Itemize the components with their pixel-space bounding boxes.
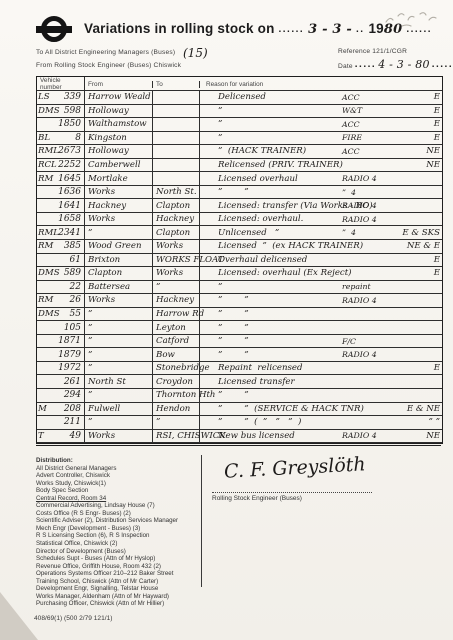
header-vehicle-number: Vehicle number [37,77,85,91]
district-code: E [398,268,442,278]
district-code: E [398,92,442,102]
reason-text: ” [200,133,342,143]
to-garage: Thornton Hth [153,389,200,402]
vehicle-number: 2252 [57,160,84,170]
reason-note: RADIO 4 [342,431,398,440]
to-garage [153,159,200,172]
table-body: LS 339 Harrow Weald Delicensed ACC E DMS… [37,91,442,443]
vehicle-number: 49 [57,431,84,441]
table-row: RCL 2252 Camberwell Relicensed (PRIV. TR… [37,159,442,173]
from-garage: ” [85,348,153,361]
table-row: 22 Battersea ” ” repaint [37,281,442,295]
addressee-line: To All District Engineering Managers (Bu… [36,49,175,56]
reference-number: Reference 121/1/CGR [338,48,407,55]
pencil-scribble [382,4,442,34]
from-garage: ” [85,362,153,375]
from-garage: Battersea [85,281,153,294]
reason-note: ACC [342,147,398,156]
reason-text: ” ” [200,350,342,360]
district-code: E [398,255,442,265]
table-row: DMS 598 Holloway ” W&T E [37,105,442,119]
reason-text: ” [200,119,342,129]
table-row: 105 ” Leyton ” ” [37,321,442,335]
reason-text: ” ” (SERVICE & HACK TNR) [200,404,342,414]
district-code: NE & E [398,241,442,251]
handwritten-date-value: 4 - 3 - 80 [378,58,429,71]
vehicle-class-prefix: RM [37,295,57,305]
reason-text: ” (HACK TRAINER) [200,146,342,156]
vehicle-class-prefix: BL [37,133,57,143]
from-garage: Works [85,294,153,307]
vehicle-class-prefix: DMS [37,309,57,319]
date-line: Date ..... 4 - 3 - 80 ..... [338,58,453,71]
from-garage: Works [85,213,153,226]
vehicle-class-prefix: LS [37,92,57,102]
to-garage [153,172,200,185]
from-garage: Mortlake [85,172,153,185]
from-garage: Kingston [85,132,153,145]
table-bottom-double-rule [36,445,441,446]
form-print-code: 408/69(1) (500 2/79 121/1) [34,615,112,622]
table-row: RML 2673 Holloway ” (HACK TRAINER) ACC N… [37,145,442,159]
table-row: 1658 Works Hackney Licensed: overhaul. R… [37,213,442,227]
table-row: 261 North St Croydon Licensed transfer [37,375,442,389]
to-garage [153,132,200,145]
date-dotted-leader: ..... [432,59,453,70]
reason-note: RADIO 4 [342,174,398,183]
to-garage [153,91,200,104]
reason-text: Overhaul delicensed [200,255,342,265]
reason-text: ” ” [200,309,342,319]
distribution-item: Commercial Advertising, Lindsay House (7… [36,502,196,510]
vehicle-class-prefix: M [37,404,57,414]
scanned-form-page: Variations in rolling stock on ...... 3 … [0,0,453,640]
district-code: E [398,363,442,373]
vehicle-number: 1879 [57,350,84,360]
variations-table: Vehicle number From To Reason for variat… [36,76,443,444]
signature-dotted-line [212,492,372,493]
reason-text: Licensed: transfer (Via Works - BO) [200,201,342,211]
distribution-item: Costs Office (R S Engr- Buses) (2) [36,510,196,518]
to-garage: North St. [153,186,200,199]
table-header-row: Vehicle number From To Reason for variat… [37,77,442,91]
to-garage: Clapton [153,199,200,212]
vehicle-class-prefix: DMS [37,106,57,116]
footer-divider-line [201,455,202,587]
to-garage: Harrow Rd [153,308,200,321]
distribution-item: Development Engr, Signalling, Telstar Ho… [36,585,196,593]
vehicle-number: 589 [57,268,84,278]
vehicle-number: 1636 [57,187,84,197]
table-row: 1636 Works North St. ” ” ” 4 [37,186,442,200]
to-garage [153,105,200,118]
reason-text: Licensed overhaul [200,174,342,184]
reason-text: ” ” [200,390,342,400]
vehicle-class-prefix: RCL [37,160,57,170]
distribution-item: Schedules Supt - Buses (Attn of Mr Hyslo… [36,555,196,563]
to-garage: Catford [153,335,200,348]
table-row: 61 Brixton WORKS FLOAT Overhaul delicens… [37,254,442,268]
london-transport-roundel-icon [36,16,72,43]
vehicle-number: 55 [57,309,84,319]
from-garage: Works [85,430,153,443]
header-from: From [85,81,153,88]
to-garage: Hackney [153,213,200,226]
table-row: RM 1645 Mortlake Licensed overhaul RADIO… [37,172,442,186]
table-row: 211 ” ” ” ” ( ” ” ” ) ” ” [37,416,442,430]
from-garage: Harrow Weald [85,91,153,104]
vehicle-number: 2341 [57,228,84,238]
reason-note: W&T [342,106,398,115]
from-garage: Brixton [85,254,153,267]
handwritten-date-day-month: 3 - 3 - [308,22,352,37]
distribution-item: Scientific Adviser (2), Distribution Ser… [36,517,196,525]
form-title: Variations in rolling stock on [84,21,275,36]
from-garage: ” [85,335,153,348]
distribution-item: Works Manager, Aldenham (Attn of Mr Hayw… [36,593,196,601]
to-garage: RSI, CHISWICK [153,430,200,443]
vehicle-number: 105 [57,323,84,333]
vehicle-number: 211 [57,417,84,427]
distribution-item: Mech Engr (Development - Buses) (3) [36,525,196,533]
vehicle-class-prefix: RM [37,174,57,184]
distribution-item: Director of Development (Buses) [36,548,196,556]
vehicle-class-prefix: RM [37,241,57,251]
reason-note: RADIO 4 [342,296,398,305]
district-code: E & SKS [398,228,442,238]
vehicle-number: 2673 [57,146,84,156]
from-garage: Wood Green [85,240,153,253]
from-garage: Fulwell [85,403,153,416]
reason-text: ” [200,106,342,116]
district-code: ” ” [398,417,442,427]
header-to: To [153,81,200,88]
to-garage: Hackney [153,294,200,307]
table-row: T 49 Works RSI, CHISWICK New bus license… [37,430,442,444]
vehicle-number: 8 [57,133,84,143]
date-label: Date [338,63,353,70]
distribution-item: Central Record, Room 34 [36,495,196,503]
vehicle-number: 1850 [57,119,84,129]
reason-note: F/C [342,337,398,346]
distribution-item: Purchasing Officer, Chiswick (Attn of Mr… [36,600,196,608]
district-code: E [398,106,442,116]
reason-note: ” 4 [342,228,398,237]
distribution-block: Distribution: All District General Manag… [36,457,196,608]
signature-handwriting: C. F. Greyslöth [224,453,367,482]
table-row: 1972 ” Stonebridge Repaint relicensed E [37,362,442,376]
to-garage: WORKS FLOAT [153,254,200,267]
reason-text: Unlicensed ” [200,228,342,238]
from-garage: Clapton [85,267,153,280]
reason-note: RADIO 4 [342,215,398,224]
district-code: NE [398,431,442,441]
to-garage: Works [153,240,200,253]
from-garage: ” [85,226,153,239]
table-row: 1850 Walthamstow ” ACC E [37,118,442,132]
reason-note: RADIO 4 [342,201,398,210]
table-row: 1871 ” Catford ” ” F/C [37,335,442,349]
vehicle-number: 261 [57,377,84,387]
from-garage: ” [85,308,153,321]
to-garage: Leyton [153,321,200,334]
to-garage: ” [153,281,200,294]
to-garage [153,145,200,158]
distribution-heading: Distribution: [36,457,196,465]
reason-note: RADIO 4 [342,350,398,359]
district-code: E [398,133,442,143]
vehicle-number: 385 [57,241,84,251]
distribution-item: Operations Systems Officer 210–212 Baker… [36,570,196,578]
from-garage: ” [85,416,153,429]
vehicle-class-prefix: T [37,431,57,441]
to-garage [153,118,200,131]
table-row: 1641 Hackney Clapton Licensed: transfer … [37,199,442,213]
to-garage: Works [153,267,200,280]
from-garage: ” [85,389,153,402]
scan-corner-shadow [0,592,38,640]
to-garage: Clapton [153,226,200,239]
from-garage: Works [85,186,153,199]
table-row: 294 ” Thornton Hth ” ” [37,389,442,403]
reason-text: ” ” [200,187,342,197]
table-row: DMS 589 Clapton Works Licensed: overhaul… [37,267,442,281]
from-garage: Camberwell [85,159,153,172]
vehicle-number: 339 [57,92,84,102]
distribution-item: R S Licensing Section (6), R S Inspectio… [36,532,196,540]
distribution-item: Revenue Office, Griffith House, Room 432… [36,563,196,571]
reason-text: Licensed ” (ex HACK TRAINER) [200,241,342,251]
from-garage: North St [85,375,153,388]
sender-line: From Rolling Stock Engineer (Buses) Chis… [36,62,181,69]
distribution-item: Statistical Office, Chiswick (2) [36,540,196,548]
vehicle-class-prefix: RML [37,146,57,156]
table-row: DMS 55 ” Harrow Rd ” ” [37,308,442,322]
to-garage: Croydon [153,375,200,388]
table-row: 1879 ” Bow ” ” RADIO 4 [37,348,442,362]
table-row: M 208 Fulwell Hendon ” ” (SERVICE & HACK… [37,403,442,417]
to-garage: ” [153,416,200,429]
title-dotted-leader: .. [356,24,365,35]
reason-text: Licensed transfer [200,377,342,387]
district-code: NE [398,146,442,156]
to-garage: Bow [153,348,200,361]
reason-text: ” ” ( ” ” ” ) [200,417,342,427]
vehicle-number: 208 [57,404,84,414]
form-title-row: Variations in rolling stock on ...... 3 … [84,21,432,37]
distribution-item: Body Spec Section [36,487,196,495]
reason-note: ACC [342,93,398,102]
to-garage: Stonebridge [153,362,200,375]
vehicle-number: 26 [57,295,84,305]
reason-note: ” 4 [342,188,398,197]
vehicle-class-prefix: DMS [37,268,57,278]
reason-text: Licensed: overhaul. [200,214,342,224]
reason-text: Relicensed (PRIV. TRAINER) [200,160,342,170]
vehicle-number: 294 [57,390,84,400]
handwritten-copy-count: (15) [183,46,208,60]
district-code: E [398,119,442,129]
vehicle-number: 1871 [57,336,84,346]
reason-text: Licensed: overhaul (Ex Reject) [200,268,342,278]
reason-text: Delicensed [200,92,342,102]
reason-text: ” ” [200,336,342,346]
reason-text: ” ” [200,295,342,305]
vehicle-class-prefix: RML [37,228,57,238]
distribution-item: Works Study, Chiswick(1) [36,480,196,488]
header-reason: Reason for variation [200,81,442,88]
reason-note: FIRE [342,133,398,142]
date-dotted-leader: ..... [355,59,376,70]
vehicle-number: 1641 [57,201,84,211]
title-dotted-leader: ...... [278,24,304,35]
vehicle-number: 1645 [57,174,84,184]
distribution-item: All District General Managers [36,465,196,473]
distribution-list: All District General ManagersAdvert Cont… [36,465,196,608]
distribution-item: Advert Controller, Chiswick [36,472,196,480]
table-row: RM 26 Works Hackney ” ” RADIO 4 [37,294,442,308]
from-garage: Walthamstow [85,118,153,131]
vehicle-number: 1972 [57,363,84,373]
reason-text: New bus licensed [200,431,342,441]
to-garage: Hendon [153,403,200,416]
from-garage: Holloway [85,145,153,158]
table-row: BL 8 Kingston ” FIRE E [37,132,442,146]
reason-note: repaint [342,282,398,291]
signature-role-label: Rolling Stock Engineer (Buses) [212,495,302,502]
reason-text: Repaint relicensed [200,363,342,373]
reason-note: ACC [342,120,398,129]
from-garage: ” [85,321,153,334]
vehicle-number: 22 [57,282,84,292]
table-row: LS 339 Harrow Weald Delicensed ACC E [37,91,442,105]
reason-text: ” [200,282,342,292]
distribution-item: Training School, Chiswick (Attn of Mr Ca… [36,578,196,586]
vehicle-number: 61 [57,255,84,265]
reason-text: ” ” [200,323,342,333]
district-code: E & NE [398,404,442,414]
vehicle-number: 598 [57,106,84,116]
table-row: RM 385 Wood Green Works Licensed ” (ex H… [37,240,442,254]
table-row: RML 2341 ” Clapton Unlicensed ” ” 4 E & … [37,226,442,240]
vehicle-number: 1658 [57,214,84,224]
from-garage: Holloway [85,105,153,118]
district-code: NE [398,160,442,170]
from-garage: Hackney [85,199,153,212]
